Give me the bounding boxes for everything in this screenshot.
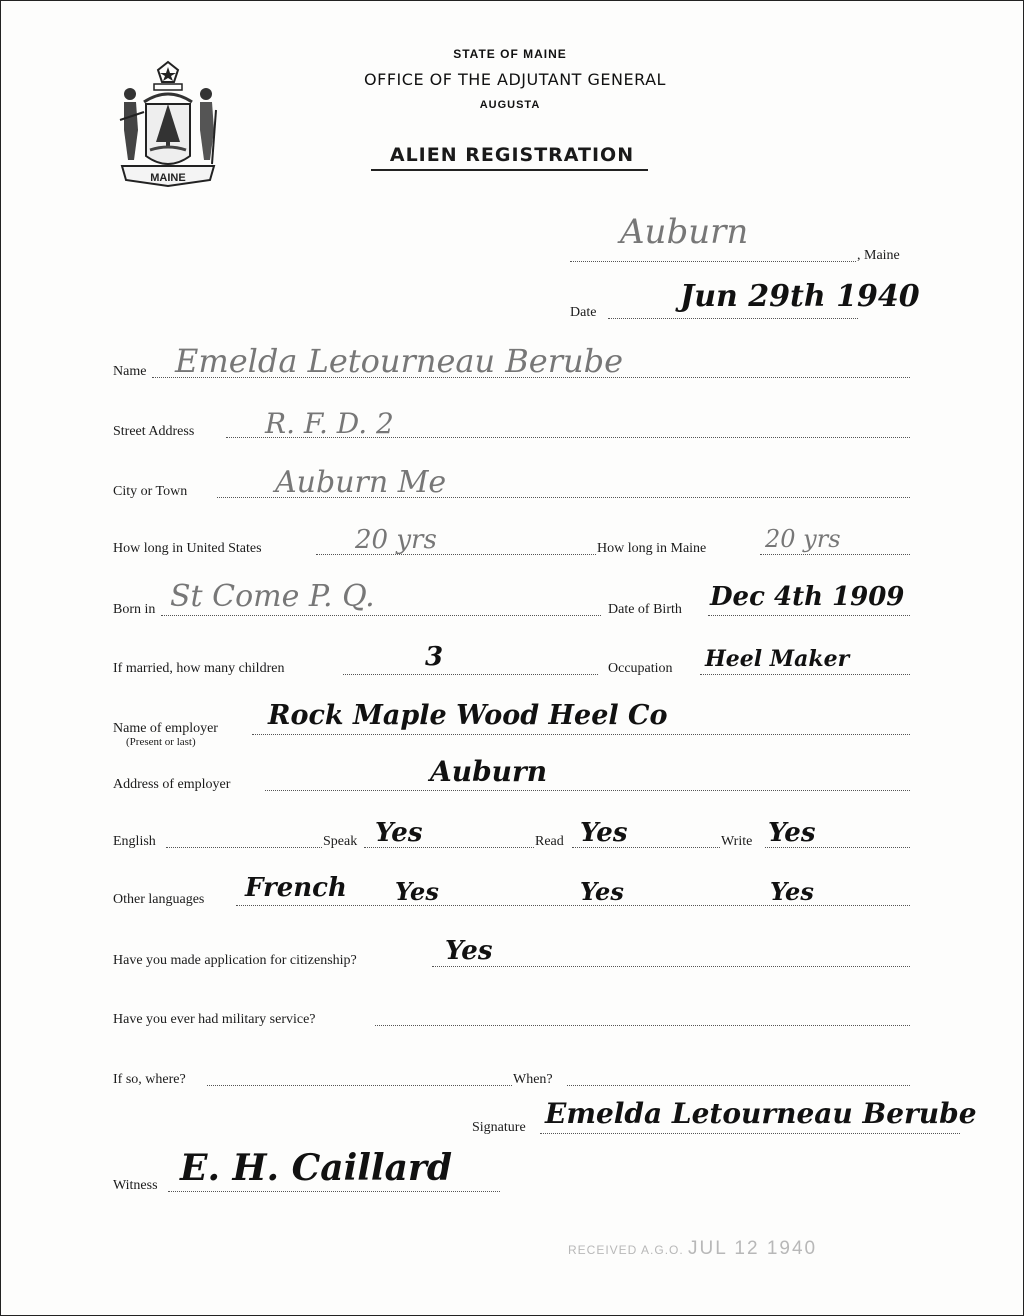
citizenship-label: Have you made application for citizenshi…	[113, 953, 357, 969]
born-in-field-line	[161, 615, 601, 616]
children-label: If married, how many children	[113, 661, 284, 677]
where-field-line	[207, 1085, 512, 1086]
employer-address-field-line	[265, 790, 910, 791]
dob-label: Date of Birth	[608, 602, 682, 618]
signature-value[interactable]: Emelda Letourneau Berube	[545, 1100, 977, 1128]
children-value[interactable]: 3	[425, 644, 443, 670]
english-read-label: Read	[535, 834, 564, 850]
english-field-line	[166, 847, 322, 848]
name-label: Name	[113, 364, 146, 380]
other-language-speak-value[interactable]: Yes	[395, 880, 439, 904]
english-write-label: Write	[721, 834, 752, 850]
city-label: City or Town	[113, 484, 187, 500]
other-language-read-value[interactable]: Yes	[580, 880, 624, 904]
where-label: If so, where?	[113, 1072, 186, 1088]
svg-text:MAINE: MAINE	[150, 172, 185, 184]
children-field-line	[343, 674, 598, 675]
dob-field-line	[708, 615, 910, 616]
when-field-line	[567, 1085, 910, 1086]
employer-sublabel: (Present or last)	[126, 736, 196, 748]
english-speak-label: Speak	[323, 834, 357, 850]
born-in-value[interactable]: St Come P. Q.	[170, 582, 375, 612]
received-stamp: RECEIVED A.G.O. JUL 12 1940	[568, 1238, 817, 1260]
military-field-line	[375, 1025, 910, 1026]
occupation-label: Occupation	[608, 661, 673, 677]
born-in-label: Born in	[113, 602, 155, 618]
english-label: English	[113, 834, 156, 850]
stamp-date: JUL 12 1940	[688, 1238, 817, 1259]
city-heading: AUGUSTA	[410, 99, 610, 111]
date-field-line	[608, 318, 858, 319]
english-speak-value[interactable]: Yes	[375, 820, 422, 846]
street-value[interactable]: R. F. D. 2	[265, 410, 394, 438]
military-label: Have you ever had military service?	[113, 1012, 316, 1028]
signature-label: Signature	[472, 1120, 526, 1136]
date-label: Date	[570, 305, 596, 321]
witness-field-line	[168, 1191, 500, 1192]
office-heading: OFFICE OF THE ADJUTANT GENERAL	[330, 70, 700, 89]
date-value[interactable]: Jun 29th 1940	[680, 282, 920, 312]
when-label: When?	[513, 1072, 553, 1088]
us-duration-label: How long in United States	[113, 541, 262, 557]
state-heading: STATE OF MAINE	[360, 47, 660, 61]
signature-field-line	[540, 1133, 960, 1134]
maine-seal-icon: MAINE	[116, 60, 220, 188]
employer-address-label: Address of employer	[113, 777, 230, 793]
place-field-line	[570, 261, 856, 262]
witness-label: Witness	[113, 1178, 158, 1194]
maine-duration-label: How long in Maine	[597, 541, 706, 557]
citizenship-field-line	[432, 966, 910, 967]
us-duration-value[interactable]: 20 yrs	[355, 527, 437, 553]
form-title: ALIEN REGISTRATION	[362, 144, 662, 166]
stamp-prefix: RECEIVED A.G.O.	[568, 1243, 684, 1257]
city-value[interactable]: Auburn Me	[275, 468, 446, 498]
place-suffix: , Maine	[857, 248, 900, 264]
place-value[interactable]: Auburn	[620, 215, 748, 249]
employer-address-value[interactable]: Auburn	[430, 758, 547, 786]
name-value[interactable]: Emelda Letourneau Berube	[175, 345, 623, 377]
citizenship-value[interactable]: Yes	[445, 938, 492, 964]
street-label: Street Address	[113, 424, 194, 440]
maine-duration-value[interactable]: 20 yrs	[765, 527, 841, 551]
occupation-value[interactable]: Heel Maker	[705, 648, 849, 670]
english-write-value[interactable]: Yes	[768, 820, 815, 846]
other-language-value[interactable]: French	[245, 875, 347, 901]
employer-field-line	[252, 734, 910, 735]
witness-value[interactable]: E. H. Caillard	[180, 1150, 452, 1186]
employer-label: Name of employer	[113, 721, 218, 737]
maine-duration-field-line	[760, 554, 910, 555]
english-read-value[interactable]: Yes	[580, 820, 627, 846]
occupation-field-line	[700, 674, 910, 675]
other-language-write-value[interactable]: Yes	[770, 880, 814, 904]
employer-value[interactable]: Rock Maple Wood Heel Co	[268, 702, 668, 729]
dob-value[interactable]: Dec 4th 1909	[710, 584, 904, 610]
title-underline	[371, 169, 648, 171]
other-languages-label: Other languages	[113, 892, 204, 908]
